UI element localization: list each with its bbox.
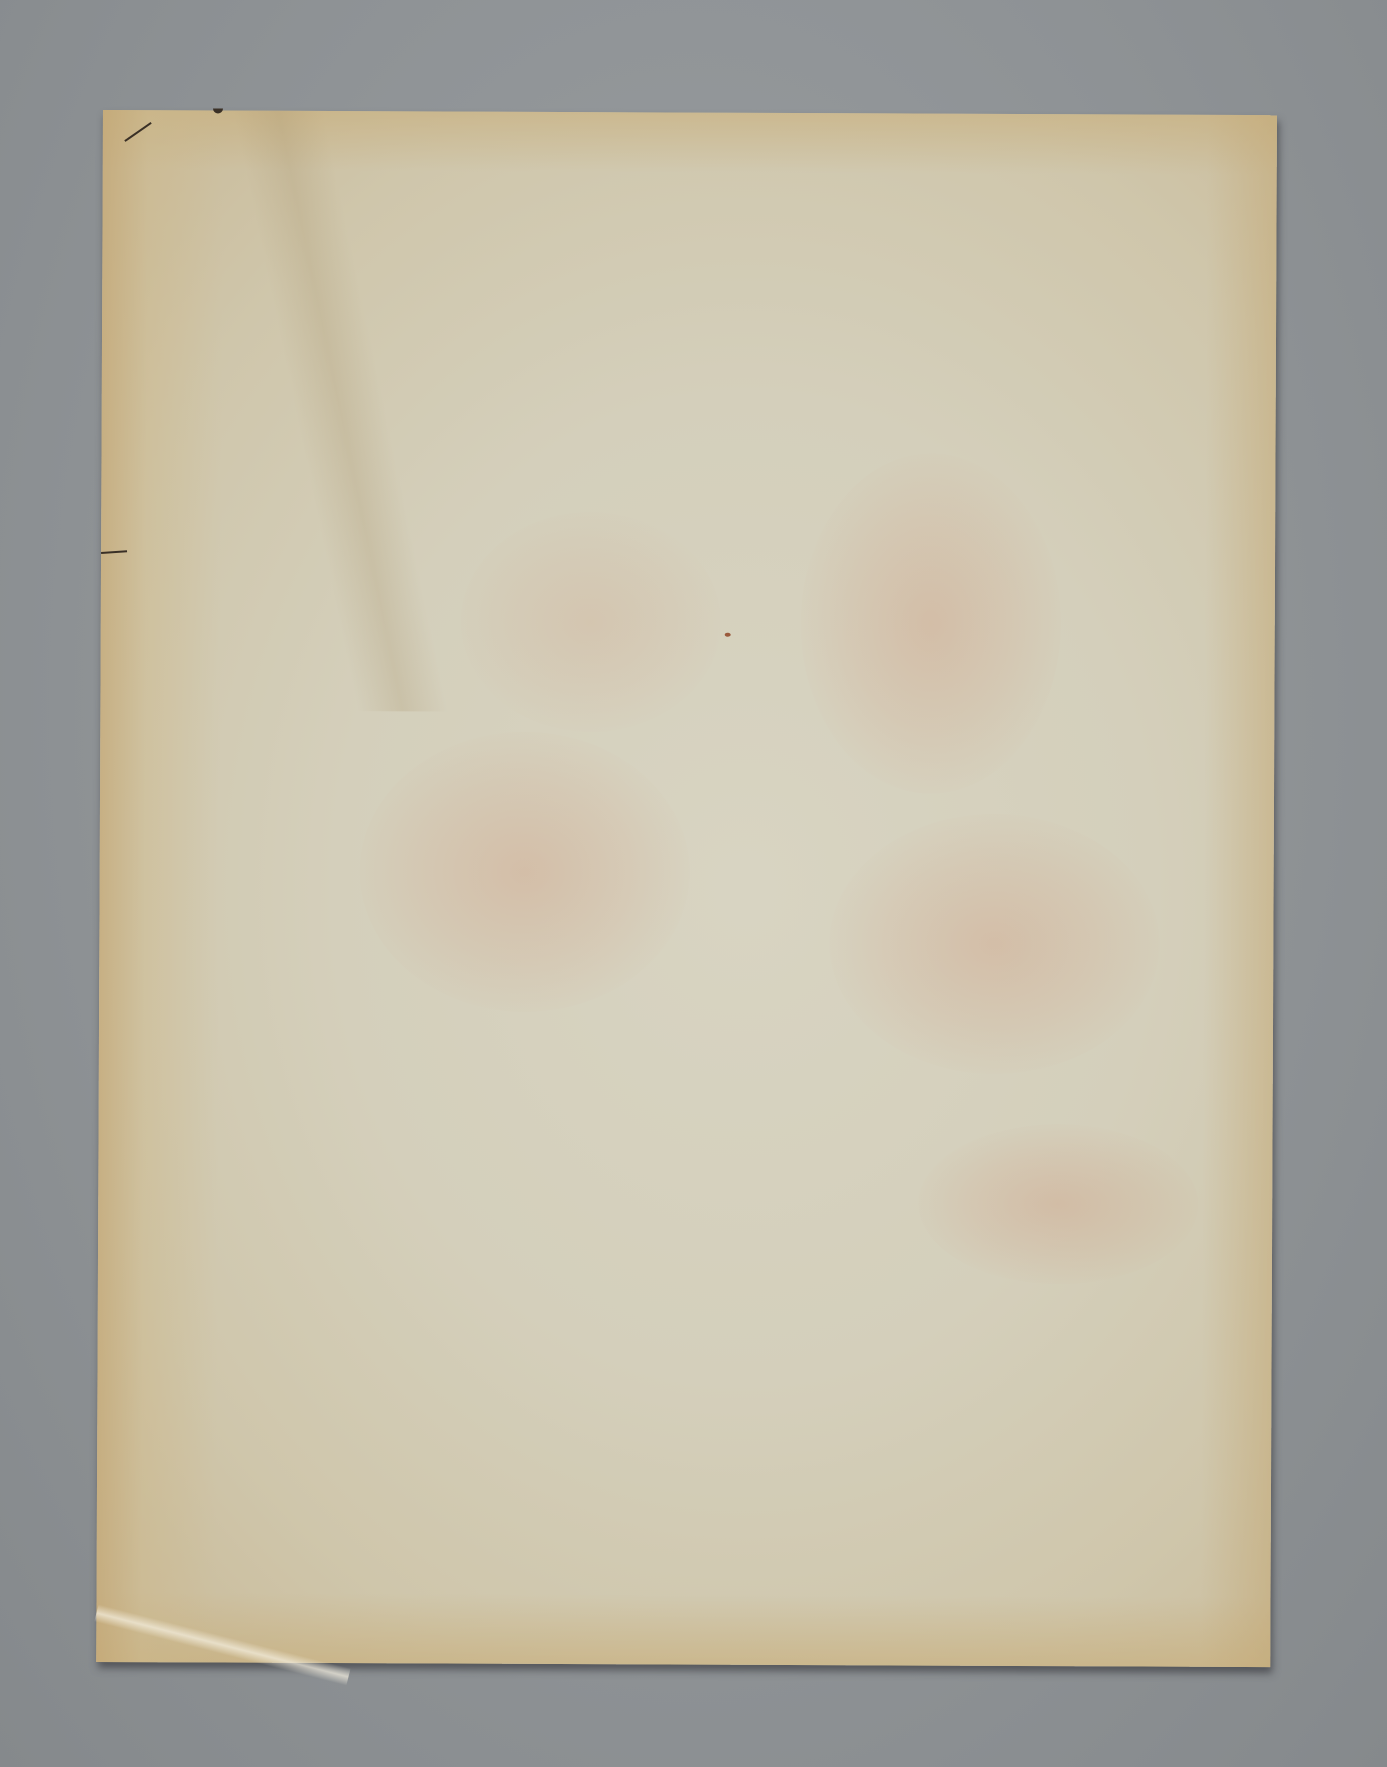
chalk-show-through	[918, 1124, 1199, 1285]
chalk-show-through	[359, 731, 690, 1012]
chalk-show-through	[800, 453, 1061, 794]
aged-paper-sheet	[96, 110, 1277, 1667]
chalk-show-through	[460, 512, 721, 733]
chalk-show-through	[829, 813, 1160, 1074]
paper-speck	[725, 633, 731, 637]
